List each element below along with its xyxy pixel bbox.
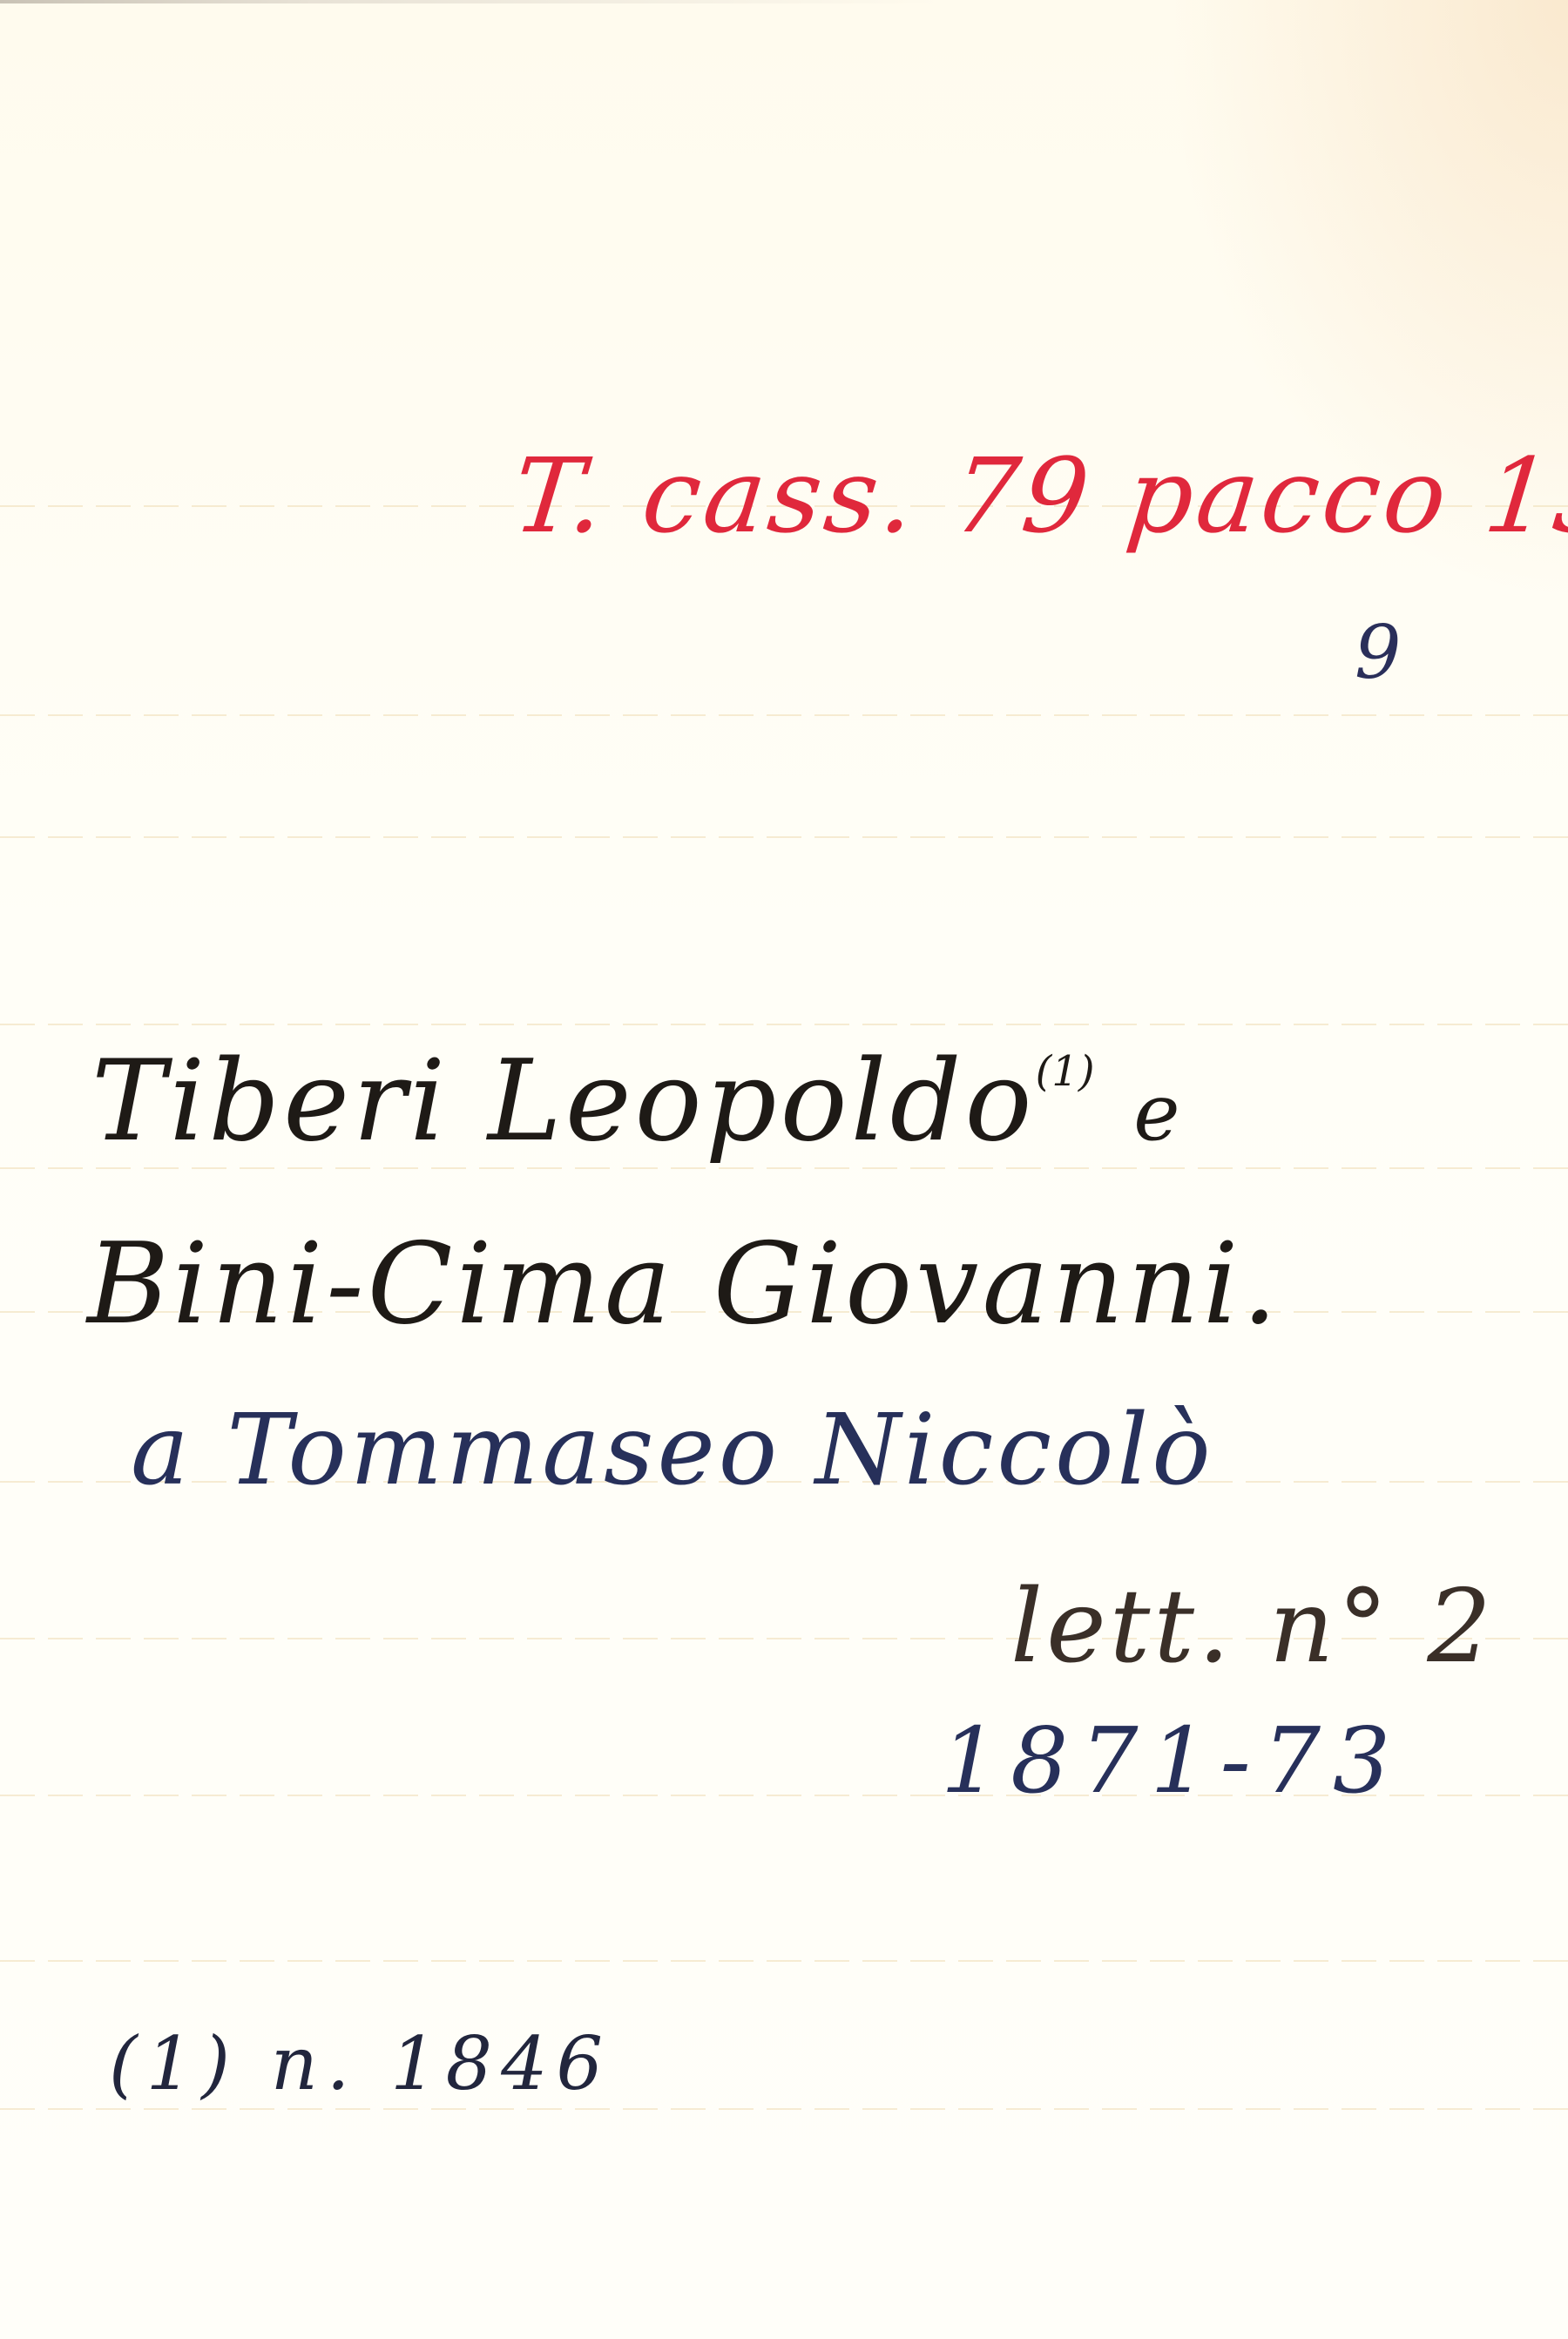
- ruled-line: [0, 714, 1568, 716]
- sender-line-2: Bini-Cima Giovanni.: [87, 1220, 1281, 1349]
- folder-number: 9: [1355, 610, 1404, 695]
- footnote-marker: (1): [1036, 1047, 1095, 1096]
- letter-count: lett. n° 2: [1010, 1568, 1495, 1686]
- sender-name-tiberi: Tiberi Leopoldo: [91, 1037, 1036, 1166]
- archive-reference: T. cass. 79 pacco 134,: [508, 436, 1568, 556]
- index-card: T. cass. 79 pacco 134, 9 Tiberi Leopoldo…: [0, 0, 1568, 2339]
- date-range: 1871-73: [941, 1707, 1402, 1814]
- ruled-line: [0, 1960, 1568, 1962]
- ruled-line: [0, 2108, 1568, 2110]
- sender-line-1: Tiberi Leopoldo(1) e: [91, 1037, 1184, 1166]
- footnote: (1) n. 1846: [109, 2021, 612, 2106]
- ruled-line: [0, 1024, 1568, 1025]
- ruled-line: [0, 836, 1568, 838]
- conjunction: e: [1133, 1067, 1183, 1159]
- ruled-line: [0, 1167, 1568, 1169]
- recipient-line: a Tommaseo Niccolò: [131, 1394, 1214, 1507]
